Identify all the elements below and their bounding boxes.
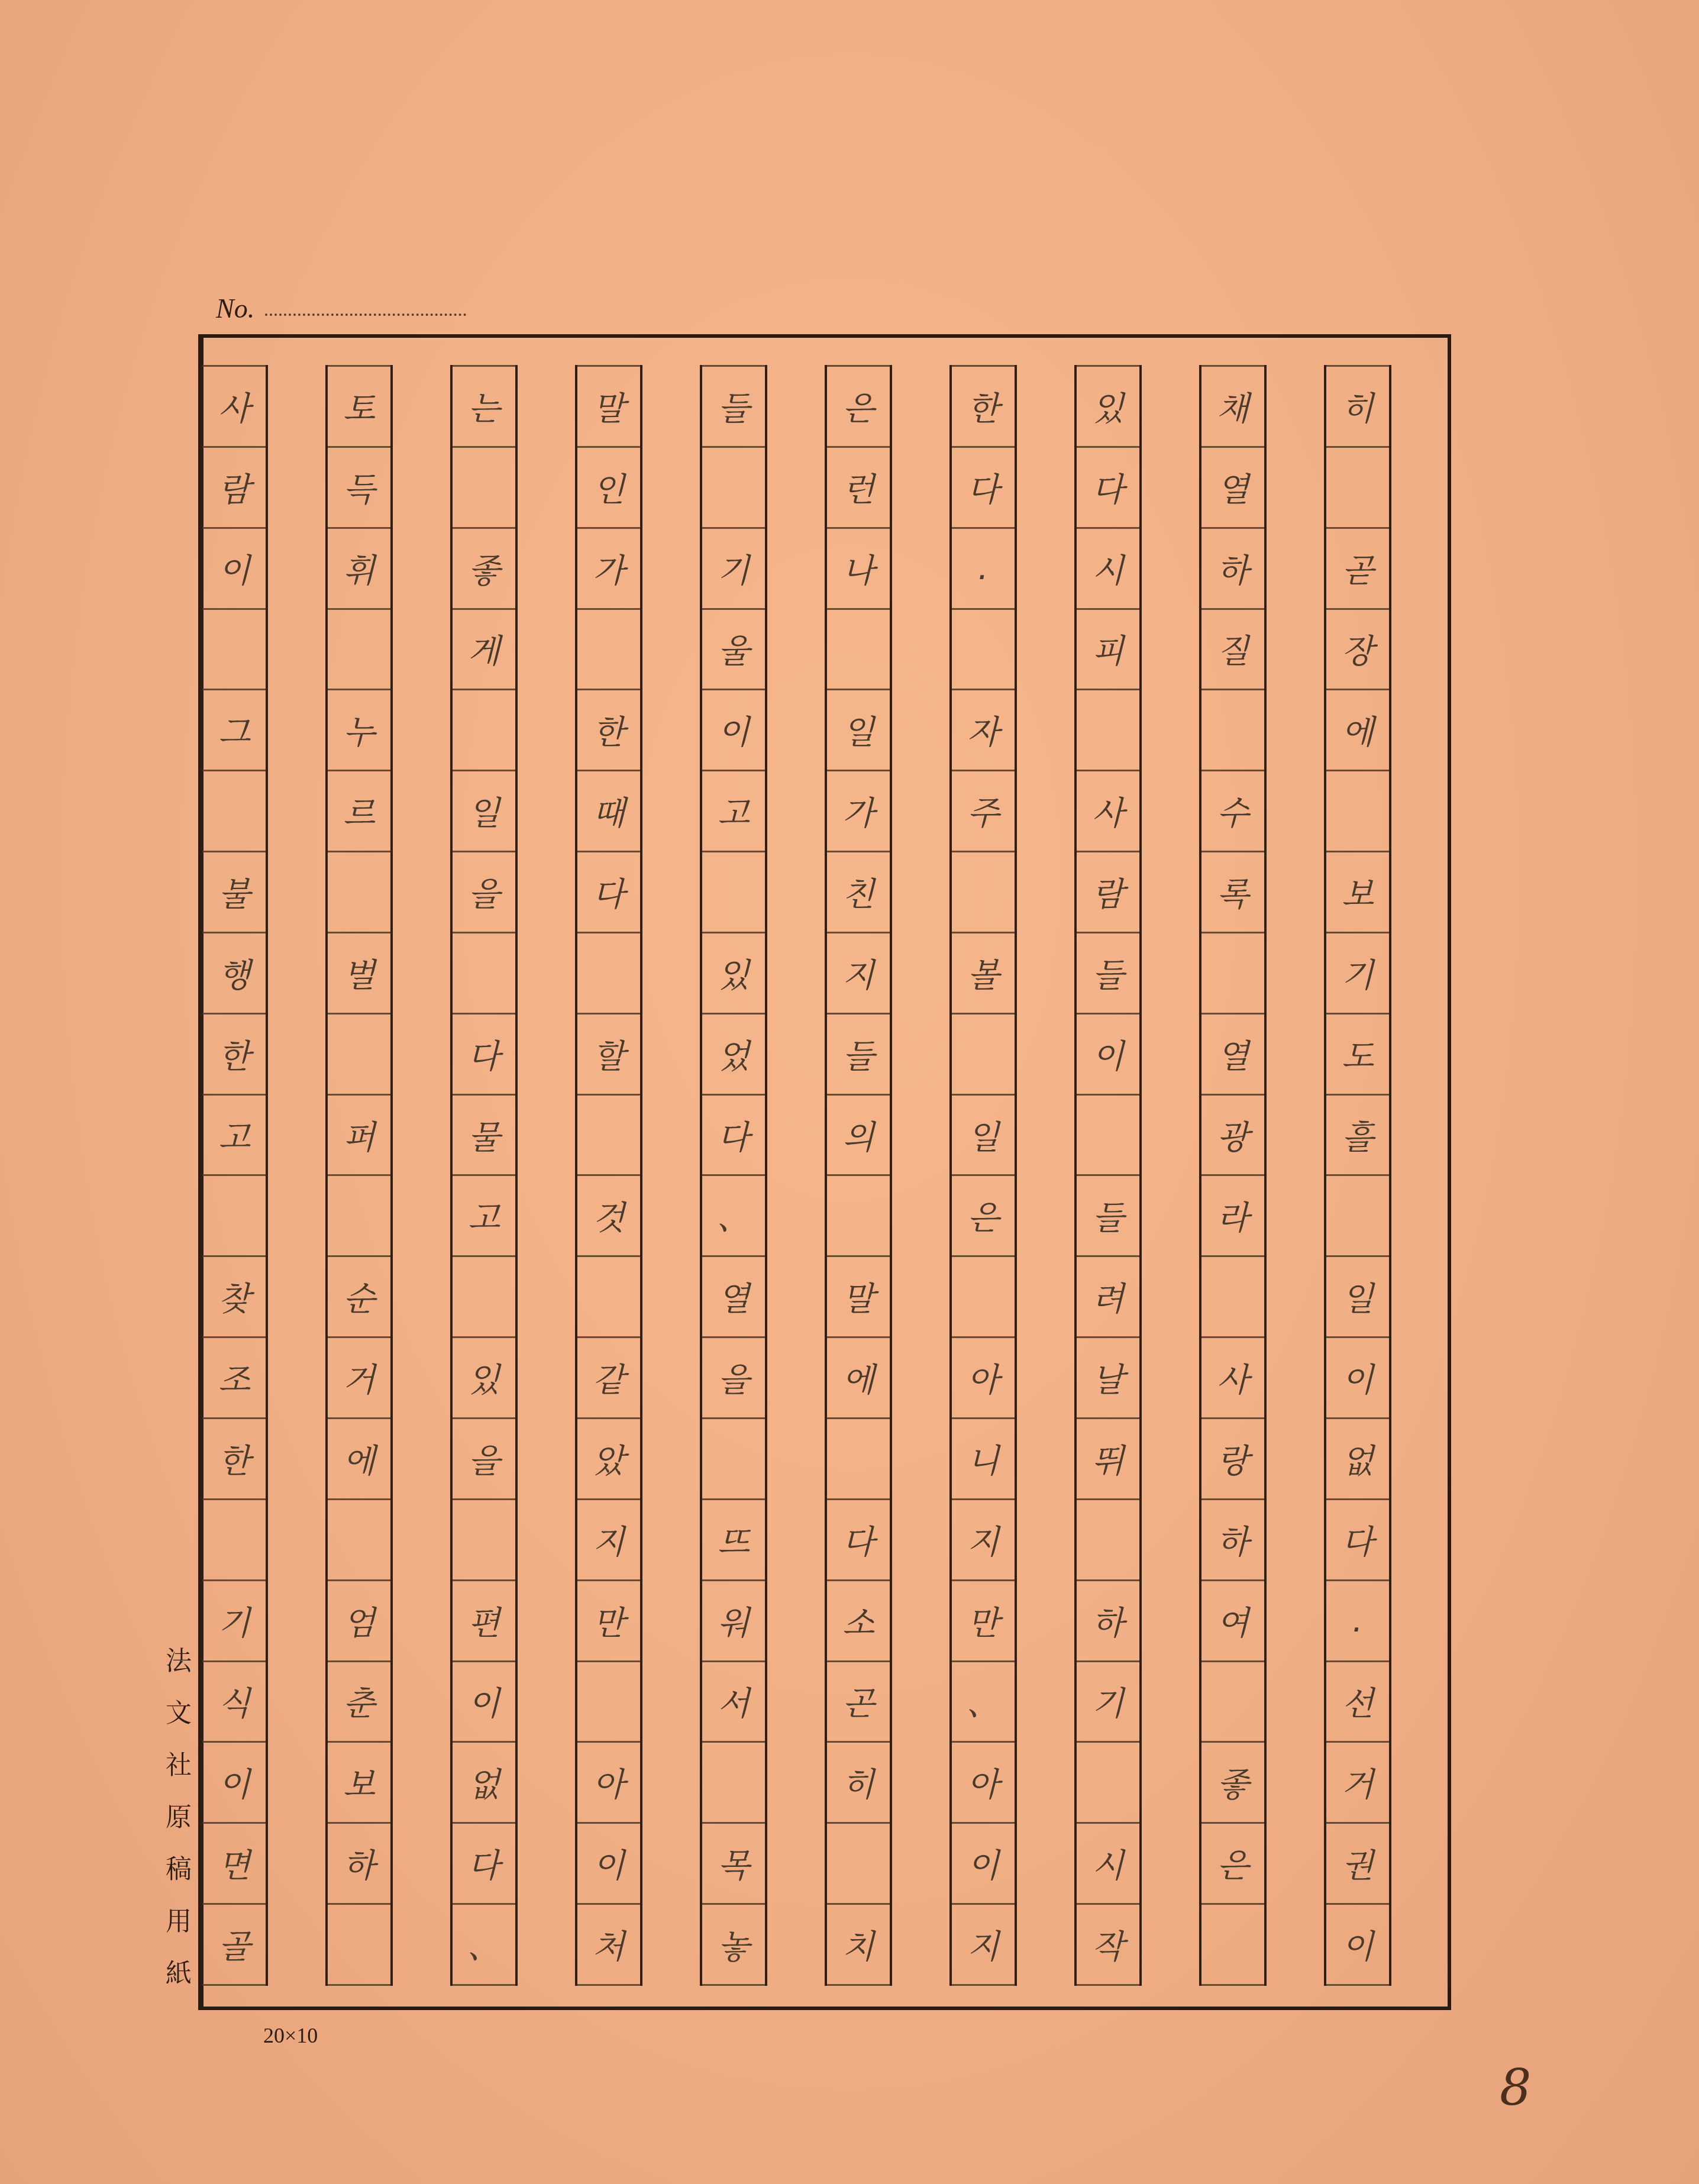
manuscript-cell: 고 bbox=[702, 770, 765, 851]
manuscript-cell bbox=[952, 1013, 1015, 1094]
manuscript-cell bbox=[827, 1822, 890, 1903]
manuscript-cell: 친 bbox=[827, 851, 890, 932]
manuscript-cell: 들 bbox=[702, 365, 765, 446]
manuscript-column: 는좋게일을다물고있을편이없다、 bbox=[450, 365, 518, 1986]
manuscript-cell: 처 bbox=[577, 1903, 640, 1986]
manuscript-cell bbox=[203, 608, 266, 689]
manuscript-cell: 다 bbox=[827, 1498, 890, 1579]
manuscript-cell: 권 bbox=[1326, 1822, 1389, 1903]
manuscript-cell: 광 bbox=[1201, 1094, 1264, 1175]
manuscript-cell: 있 bbox=[453, 1336, 515, 1417]
manuscript-cell: 거 bbox=[328, 1336, 390, 1417]
manuscript-cell bbox=[1077, 1741, 1139, 1822]
manuscript-cell: 기 bbox=[702, 527, 765, 608]
manuscript-column: 한다.자주볼일은아니지만、아이지 bbox=[949, 365, 1017, 1986]
manuscript-cell bbox=[453, 1498, 515, 1579]
manuscript-column: 히곧장에보기도흘일이없다.선거권이 bbox=[1324, 365, 1391, 1986]
manuscript-cell: 기 bbox=[1077, 1660, 1139, 1742]
manuscript-cell: 랑 bbox=[1201, 1417, 1264, 1498]
manuscript-cell: . bbox=[952, 527, 1015, 608]
manuscript-cell: 일 bbox=[1326, 1255, 1389, 1336]
manuscript-cell: 보 bbox=[328, 1741, 390, 1822]
manuscript-cell bbox=[827, 1174, 890, 1255]
manuscript-cell bbox=[1077, 1094, 1139, 1175]
manuscript-cell: 다 bbox=[453, 1822, 515, 1903]
page-number: 8 bbox=[1500, 2059, 1531, 2117]
manuscript-cell: 가 bbox=[577, 527, 640, 608]
manuscript-cell: . bbox=[1326, 1579, 1389, 1660]
manuscript-cell: 놓 bbox=[702, 1903, 765, 1986]
manuscript-cell bbox=[702, 851, 765, 932]
no-dotted-line bbox=[265, 314, 466, 316]
manuscript-cell bbox=[952, 851, 1015, 932]
manuscript-cell: 사 bbox=[1201, 1336, 1264, 1417]
manuscript-cell: 에 bbox=[328, 1417, 390, 1498]
manuscript-cell: 있 bbox=[702, 932, 765, 1013]
manuscript-cell bbox=[827, 1417, 890, 1498]
stamp-character: 文 bbox=[161, 1688, 196, 1740]
manuscript-cell: 르 bbox=[328, 770, 390, 851]
manuscript-cell: 하 bbox=[1077, 1579, 1139, 1660]
manuscript-cell: 인 bbox=[577, 446, 640, 527]
manuscript-cell bbox=[203, 770, 266, 851]
stamp-character: 原 bbox=[161, 1792, 196, 1844]
manuscript-cell: 다 bbox=[1326, 1498, 1389, 1579]
manuscript-cell: 퍼 bbox=[328, 1094, 390, 1175]
manuscript-cell bbox=[1201, 1255, 1264, 1336]
manuscript-cell: 한 bbox=[203, 1417, 266, 1498]
manuscript-cell: 장 bbox=[1326, 608, 1389, 689]
manuscript-cell: 거 bbox=[1326, 1741, 1389, 1822]
manuscript-cell bbox=[328, 608, 390, 689]
manuscript-cell: 이 bbox=[453, 1660, 515, 1742]
publisher-stamp: 法文社原稿用紙 bbox=[161, 1636, 196, 2000]
manuscript-cell: 만 bbox=[952, 1579, 1015, 1660]
grid-size-label: 20×10 bbox=[263, 2023, 318, 2048]
manuscript-cell: 편 bbox=[453, 1579, 515, 1660]
manuscript-cell: 행 bbox=[203, 932, 266, 1013]
manuscript-cell: 었 bbox=[702, 1013, 765, 1094]
manuscript-cell: 여 bbox=[1201, 1579, 1264, 1660]
manuscript-cell: 하 bbox=[328, 1822, 390, 1903]
manuscript-cell: 워 bbox=[702, 1579, 765, 1660]
manuscript-cell: 소 bbox=[827, 1579, 890, 1660]
stamp-character: 社 bbox=[161, 1740, 196, 1792]
manuscript-cell: 날 bbox=[1077, 1336, 1139, 1417]
stamp-character: 紙 bbox=[161, 1948, 196, 2000]
manuscript-cell: 다 bbox=[453, 1013, 515, 1094]
stamp-character: 用 bbox=[161, 1896, 196, 1948]
manuscript-cell: 의 bbox=[827, 1094, 890, 1175]
manuscript-column: 토득휘누르벌퍼순거에엄춘보하 bbox=[325, 365, 393, 1986]
manuscript-cell: 열 bbox=[1201, 1013, 1264, 1094]
manuscript-cell: 것 bbox=[577, 1174, 640, 1255]
stamp-character: 稿 bbox=[161, 1844, 196, 1896]
manuscript-cell: 흘 bbox=[1326, 1094, 1389, 1175]
manuscript-cell: 같 bbox=[577, 1336, 640, 1417]
manuscript-cell bbox=[1201, 689, 1264, 770]
manuscript-cell: 볼 bbox=[952, 932, 1015, 1013]
manuscript-cell: 려 bbox=[1077, 1255, 1139, 1336]
manuscript-cell: 람 bbox=[203, 446, 266, 527]
manuscript-cell: 기 bbox=[1326, 932, 1389, 1013]
manuscript-cell bbox=[577, 1660, 640, 1742]
manuscript-cell: 지 bbox=[827, 932, 890, 1013]
manuscript-cell: 면 bbox=[203, 1822, 266, 1903]
manuscript-cell: 에 bbox=[1326, 689, 1389, 770]
manuscript-cell bbox=[702, 1741, 765, 1822]
manuscript-cell: 좋 bbox=[453, 527, 515, 608]
manuscript-cell: 을 bbox=[702, 1336, 765, 1417]
manuscript-cell: 뜨 bbox=[702, 1498, 765, 1579]
manuscript-cell: 이 bbox=[203, 1741, 266, 1822]
manuscript-cell: 이 bbox=[1326, 1336, 1389, 1417]
manuscript-cell: 사 bbox=[1077, 770, 1139, 851]
manuscript-cell: 게 bbox=[453, 608, 515, 689]
manuscript-cell: 하 bbox=[1201, 527, 1264, 608]
manuscript-cell bbox=[1201, 1660, 1264, 1742]
manuscript-cell: 다 bbox=[577, 851, 640, 932]
manuscript-cell bbox=[328, 1013, 390, 1094]
manuscript-cell: 뛰 bbox=[1077, 1417, 1139, 1498]
manuscript-cell: 자 bbox=[952, 689, 1015, 770]
manuscript-cell bbox=[577, 1094, 640, 1175]
manuscript-column: 말인가한때다할것같았지만아이처 bbox=[575, 365, 642, 1986]
manuscript-cell: 휘 bbox=[328, 527, 390, 608]
manuscript-cell: 니 bbox=[952, 1417, 1015, 1498]
manuscript-cell bbox=[453, 446, 515, 527]
manuscript-cell: 없 bbox=[453, 1741, 515, 1822]
manuscript-cell: 순 bbox=[328, 1255, 390, 1336]
manuscript-cell bbox=[827, 608, 890, 689]
manuscript-cell: 한 bbox=[203, 1013, 266, 1094]
manuscript-cell: 물 bbox=[453, 1094, 515, 1175]
manuscript-cell: 없 bbox=[1326, 1417, 1389, 1498]
manuscript-cell: 런 bbox=[827, 446, 890, 527]
manuscript-cell: 에 bbox=[827, 1336, 890, 1417]
manuscript-cell: 도 bbox=[1326, 1013, 1389, 1094]
manuscript-cell: 이 bbox=[577, 1822, 640, 1903]
manuscript-cell: 서 bbox=[702, 1660, 765, 1742]
manuscript-cell: 다 bbox=[702, 1094, 765, 1175]
manuscript-cell: 시 bbox=[1077, 1822, 1139, 1903]
manuscript-cell bbox=[702, 446, 765, 527]
manuscript-cell bbox=[203, 1174, 266, 1255]
stamp-character: 法 bbox=[161, 1636, 196, 1688]
no-label: No. bbox=[216, 293, 254, 324]
manuscript-cell: 았 bbox=[577, 1417, 640, 1498]
manuscript-cell: 할 bbox=[577, 1013, 640, 1094]
manuscript-cell: 선 bbox=[1326, 1660, 1389, 1742]
manuscript-cell bbox=[577, 932, 640, 1013]
manuscript-cell: 찾 bbox=[203, 1255, 266, 1336]
manuscript-cell bbox=[1077, 689, 1139, 770]
manuscript-column: 있다시피사람들이들려날뛰하기시작 bbox=[1074, 365, 1142, 1986]
manuscript-cell: 불 bbox=[203, 851, 266, 932]
manuscript-cell: 지 bbox=[952, 1903, 1015, 1986]
manuscript-cell bbox=[453, 1255, 515, 1336]
manuscript-cell bbox=[952, 608, 1015, 689]
manuscript-cell bbox=[328, 851, 390, 932]
manuscript-cell bbox=[952, 1255, 1015, 1336]
manuscript-cell: 들 bbox=[1077, 1174, 1139, 1255]
manuscript-cell: 질 bbox=[1201, 608, 1264, 689]
manuscript-cell bbox=[1326, 770, 1389, 851]
manuscript-cell bbox=[1326, 1174, 1389, 1255]
manuscript-cell: 아 bbox=[952, 1741, 1015, 1822]
manuscript-cell: 곧 bbox=[1326, 527, 1389, 608]
manuscript-cell: 라 bbox=[1201, 1174, 1264, 1255]
manuscript-cell: 피 bbox=[1077, 608, 1139, 689]
manuscript-cell: 히 bbox=[827, 1741, 890, 1822]
manuscript-cell: 은 bbox=[952, 1174, 1015, 1255]
manuscript-cell: 히 bbox=[1326, 365, 1389, 446]
manuscript-cell: 좋 bbox=[1201, 1741, 1264, 1822]
manuscript-cell: 들 bbox=[827, 1013, 890, 1094]
manuscript-cell: 아 bbox=[577, 1741, 640, 1822]
manuscript-cell: 사 bbox=[203, 365, 266, 446]
manuscript-cell: 있 bbox=[1077, 365, 1139, 446]
manuscript-cell: 말 bbox=[577, 365, 640, 446]
manuscript-cell: 조 bbox=[203, 1336, 266, 1417]
manuscript-cell bbox=[453, 932, 515, 1013]
manuscript-cell: 누 bbox=[328, 689, 390, 770]
manuscript-cell: 춘 bbox=[328, 1660, 390, 1742]
manuscript-cell: 치 bbox=[827, 1903, 890, 1986]
manuscript-cell: 토 bbox=[328, 365, 390, 446]
manuscript-cell: 엄 bbox=[328, 1579, 390, 1660]
manuscript-cell bbox=[702, 1417, 765, 1498]
manuscript-cell: 지 bbox=[952, 1498, 1015, 1579]
manuscript-cell: 열 bbox=[702, 1255, 765, 1336]
manuscript-cell: 말 bbox=[827, 1255, 890, 1336]
manuscript-cell: 한 bbox=[952, 365, 1015, 446]
manuscript-cell: 들 bbox=[1077, 932, 1139, 1013]
manuscript-column: 들기울이고있었다、열을뜨워서목놓 bbox=[700, 365, 767, 1986]
manuscript-cell: 일 bbox=[952, 1094, 1015, 1175]
manuscript-cell: 주 bbox=[952, 770, 1015, 851]
manuscript-cell: 아 bbox=[952, 1336, 1015, 1417]
manuscript-cell bbox=[1326, 446, 1389, 527]
manuscript-cell: 람 bbox=[1077, 851, 1139, 932]
manuscript-cell: 보 bbox=[1326, 851, 1389, 932]
manuscript-cell: 이 bbox=[702, 689, 765, 770]
manuscript-cell bbox=[1201, 932, 1264, 1013]
manuscript-cell: 때 bbox=[577, 770, 640, 851]
manuscript-cell bbox=[328, 1498, 390, 1579]
manuscript-cell bbox=[203, 1498, 266, 1579]
manuscript-cell: 이 bbox=[952, 1822, 1015, 1903]
manuscript-cell: 이 bbox=[1077, 1013, 1139, 1094]
manuscript-column: 은런나일가친지들의말에다소곤히치 bbox=[825, 365, 892, 1986]
manuscript-cell: 지 bbox=[577, 1498, 640, 1579]
manuscript-cell: 채 bbox=[1201, 365, 1264, 446]
manuscript-cell: 만 bbox=[577, 1579, 640, 1660]
manuscript-cell: 이 bbox=[203, 527, 266, 608]
manuscript-cell: 、 bbox=[453, 1903, 515, 1986]
manuscript-cell: 수 bbox=[1201, 770, 1264, 851]
manuscript-cell bbox=[577, 608, 640, 689]
manuscript-cell: 그 bbox=[203, 689, 266, 770]
manuscript-cell: 을 bbox=[453, 1417, 515, 1498]
manuscript-cell: 다 bbox=[952, 446, 1015, 527]
manuscript-cell: 은 bbox=[1201, 1822, 1264, 1903]
manuscript-cell: 을 bbox=[453, 851, 515, 932]
manuscript-cell: 득 bbox=[328, 446, 390, 527]
manuscript-cell: 시 bbox=[1077, 527, 1139, 608]
manuscript-cell: 열 bbox=[1201, 446, 1264, 527]
manuscript-cell: 일 bbox=[453, 770, 515, 851]
manuscript-cell bbox=[328, 1903, 390, 1986]
manuscript-cell: 울 bbox=[702, 608, 765, 689]
manuscript-cell: 곤 bbox=[827, 1660, 890, 1742]
manuscript-cell: 작 bbox=[1077, 1903, 1139, 1986]
manuscript-cell bbox=[1077, 1498, 1139, 1579]
manuscript-cell: 은 bbox=[827, 365, 890, 446]
manuscript-cell: 기 bbox=[203, 1579, 266, 1660]
manuscript-cell bbox=[1201, 1903, 1264, 1986]
manuscript-cell: 골 bbox=[203, 1903, 266, 1986]
manuscript-column: 채열하질수록열광라사랑하여좋은 bbox=[1199, 365, 1267, 1986]
manuscript-cell: 가 bbox=[827, 770, 890, 851]
manuscript-column: 사람이그불행한고찾조한기식이면골 bbox=[201, 365, 268, 1986]
manuscript-cell: 목 bbox=[702, 1822, 765, 1903]
manuscript-cell: 、 bbox=[952, 1660, 1015, 1742]
manuscript-cell: 한 bbox=[577, 689, 640, 770]
manuscript-cell: 하 bbox=[1201, 1498, 1264, 1579]
manuscript-cell bbox=[577, 1255, 640, 1336]
manuscript-cell: 고 bbox=[203, 1094, 266, 1175]
manuscript-cell: 다 bbox=[1077, 446, 1139, 527]
manuscript-cell bbox=[328, 1174, 390, 1255]
manuscript-cell: 식 bbox=[203, 1660, 266, 1742]
manuscript-cell: 이 bbox=[1326, 1903, 1389, 1986]
manuscript-cell: 나 bbox=[827, 527, 890, 608]
manuscript-cell bbox=[453, 689, 515, 770]
manuscript-cell: 일 bbox=[827, 689, 890, 770]
manuscript-cell: 벌 bbox=[328, 932, 390, 1013]
manuscript-cell: 、 bbox=[702, 1174, 765, 1255]
manuscript-cell: 록 bbox=[1201, 851, 1264, 932]
manuscript-cell: 는 bbox=[453, 365, 515, 446]
manuscript-cell: 고 bbox=[453, 1174, 515, 1255]
